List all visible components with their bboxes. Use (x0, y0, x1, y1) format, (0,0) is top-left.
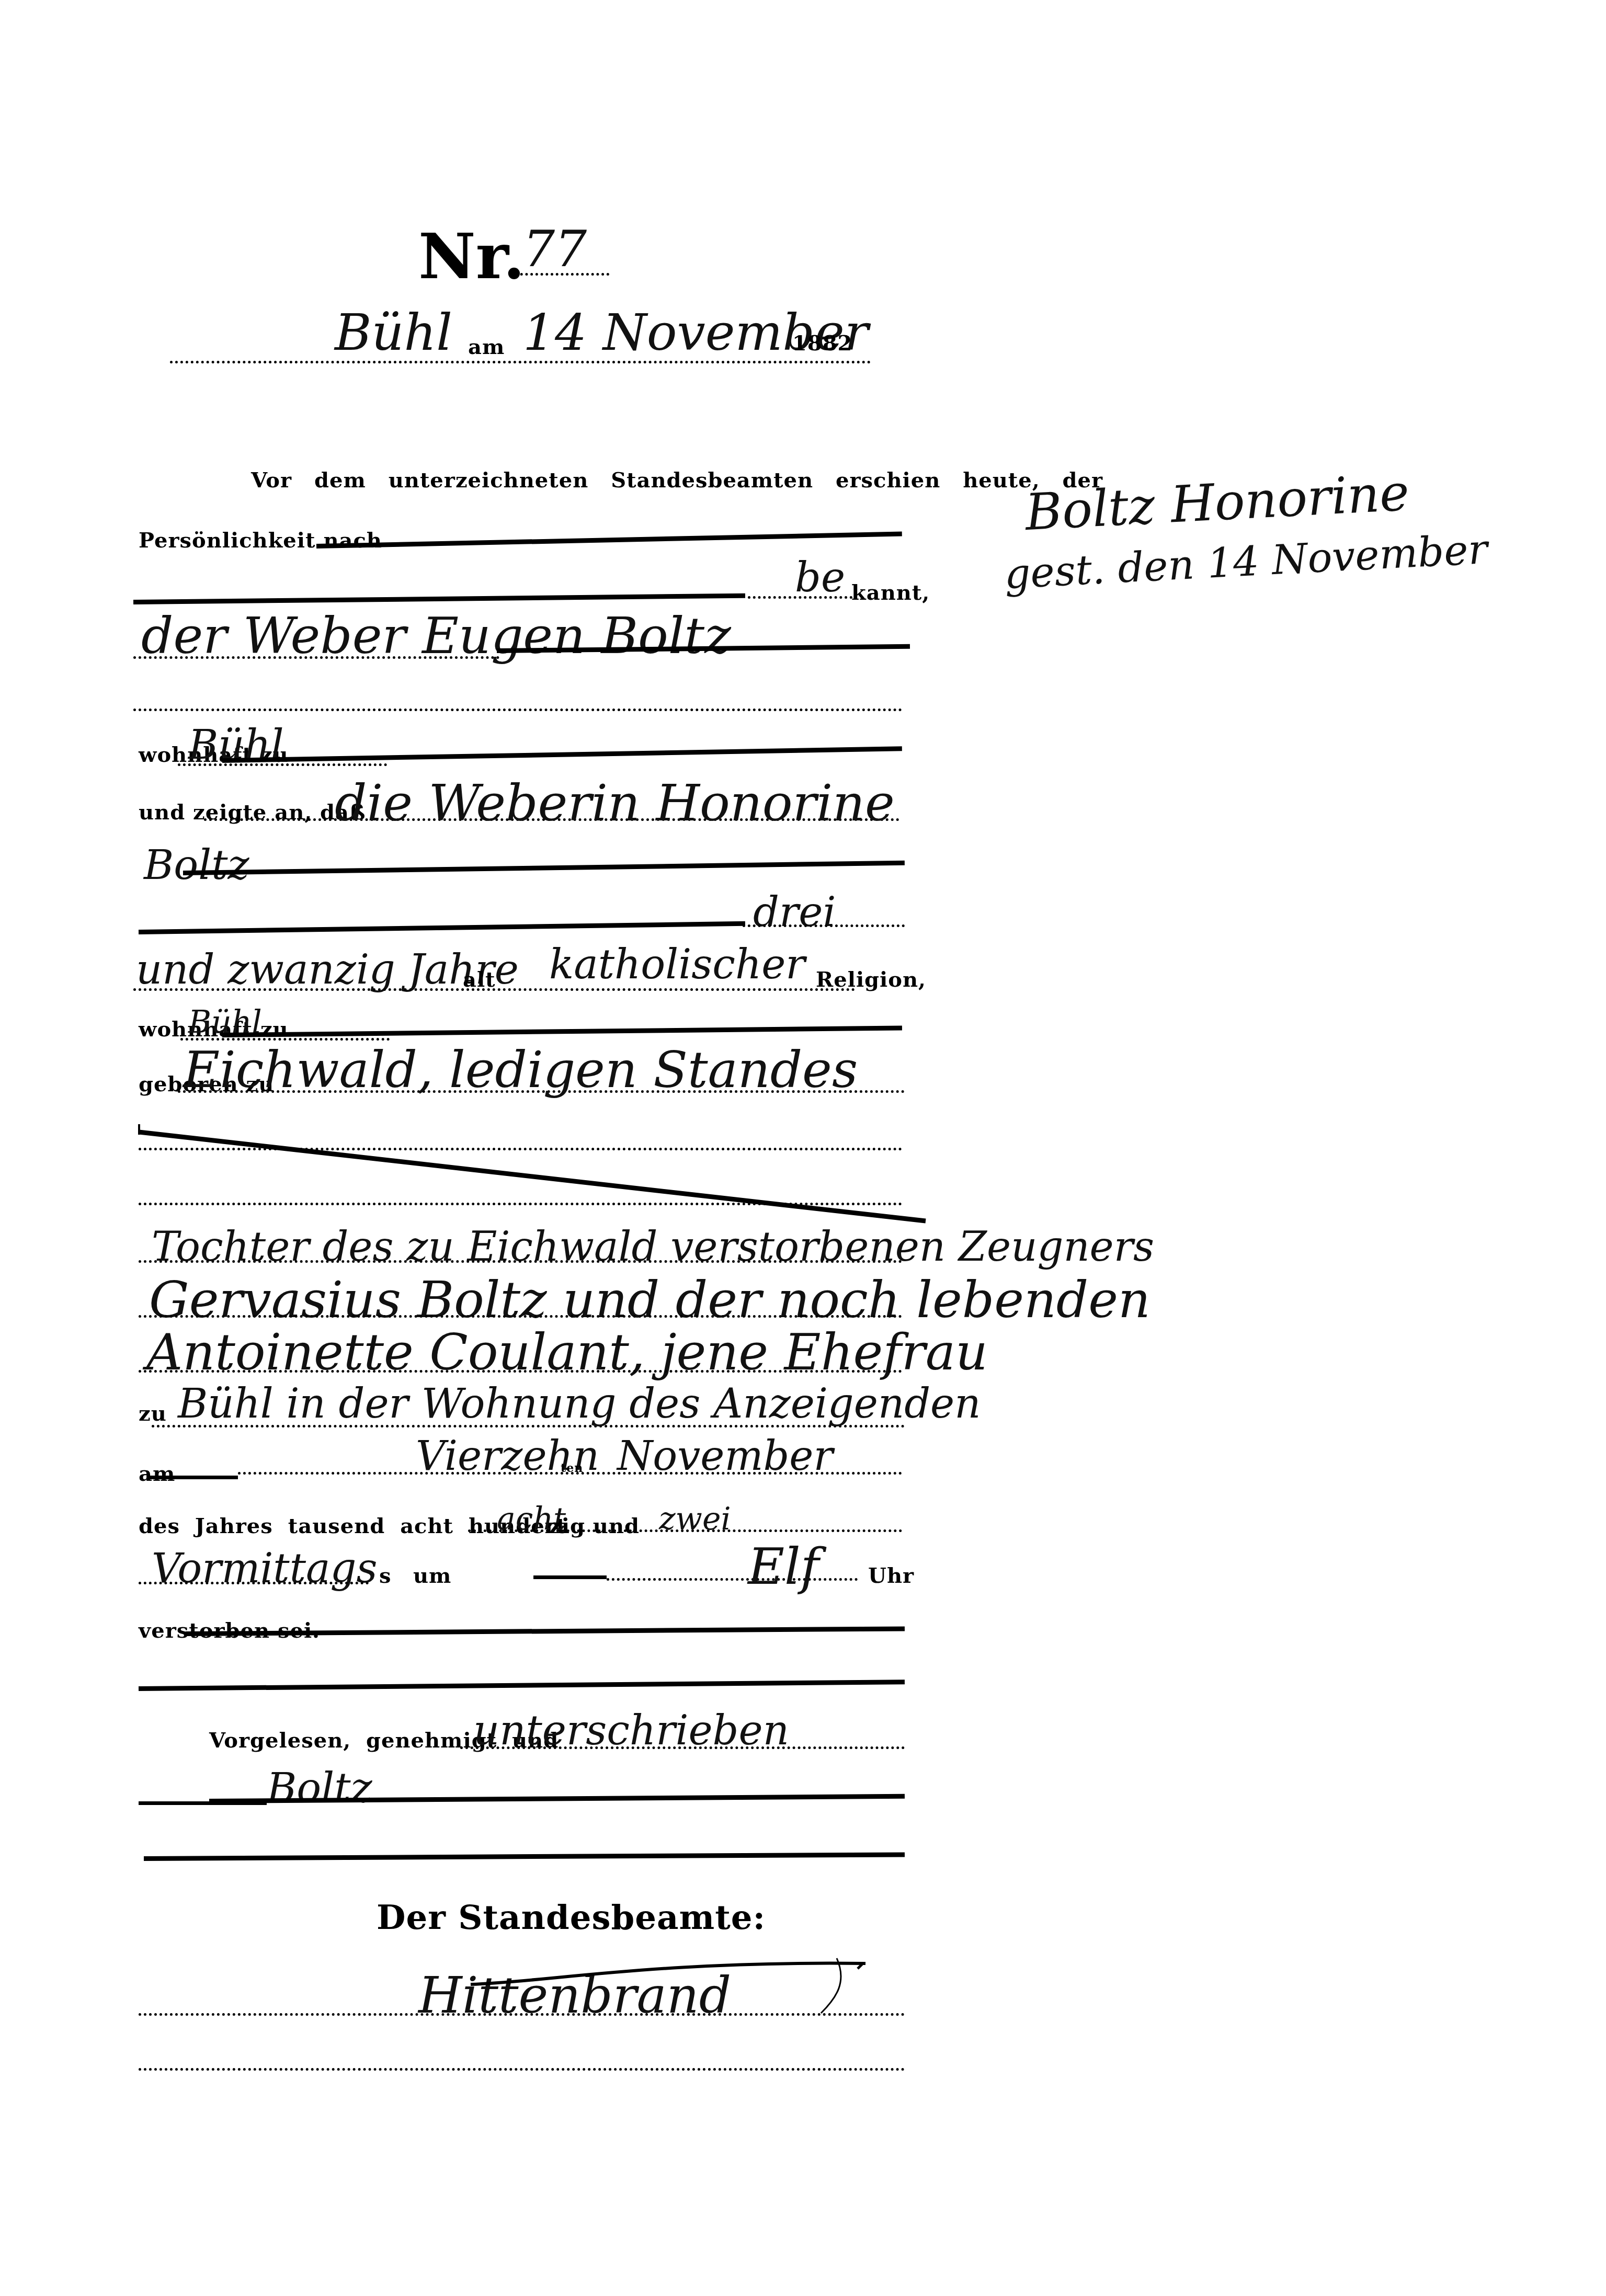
registrar-dotted-line (139, 2013, 905, 2016)
bottom-dotted-line (139, 2068, 905, 2071)
registrar-underline-flourish (0, 0, 1606, 2296)
civil-death-record-page: Nr. 77 Bühl am 14 November 1882 Boltz Ho… (0, 0, 1606, 2296)
